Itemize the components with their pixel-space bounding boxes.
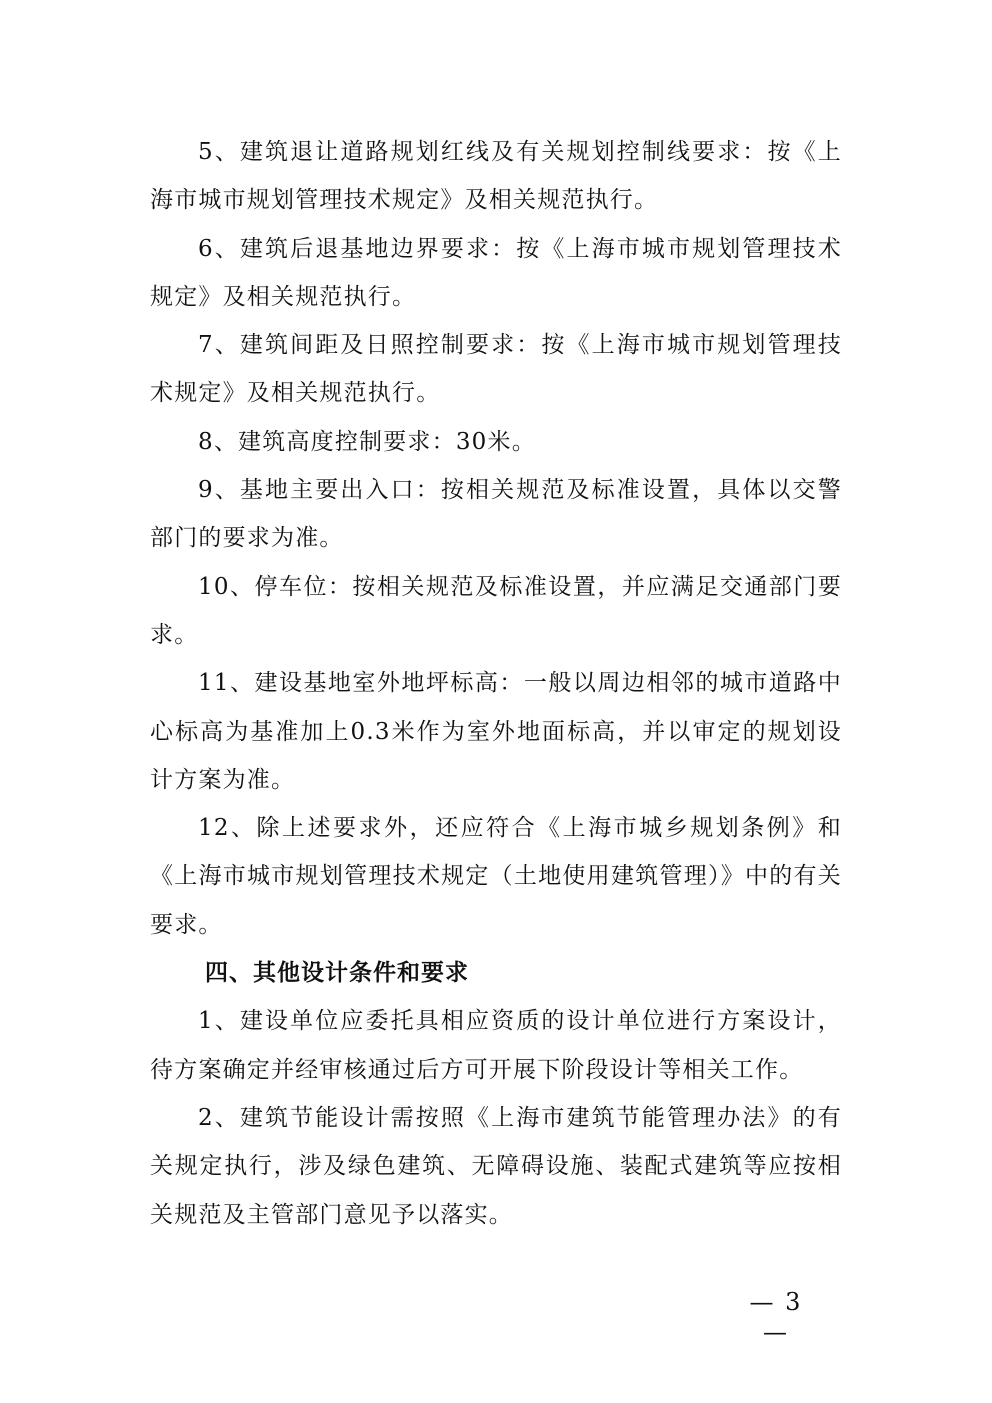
paragraph-item-8: 8、建筑高度控制要求：30米。 (150, 418, 842, 466)
page-number: — 3 — (737, 1287, 815, 1347)
paragraph-other-item-2: 2、建筑节能设计需按照《上海市建筑节能管理办法》的有关规定执行，涉及绿色建筑、无… (150, 1094, 842, 1239)
paragraph-item-5: 5、建筑退让道路规划红线及有关规划控制线要求：按《上海市城市规划管理技术规定》及… (150, 128, 842, 225)
paragraph-item-7: 7、建筑间距及日照控制要求：按《上海市城市规划管理技术规定》及相关规范执行。 (150, 321, 842, 418)
paragraph-item-6: 6、建筑后退基地边界要求：按《上海市城市规划管理技术规定》及相关规范执行。 (150, 225, 842, 322)
document-page: 5、建筑退让道路规划红线及有关规划控制线要求：按《上海市城市规划管理技术规定》及… (0, 0, 992, 1403)
paragraph-other-item-1: 1、建设单位应委托具相应资质的设计单位进行方案设计，待方案确定并经审核通过后方可… (150, 997, 842, 1094)
paragraph-item-11: 11、建设基地室外地坪标高：一般以周边相邻的城市道路中心标高为基准加上0.3米作… (150, 659, 842, 804)
paragraph-item-12: 12、除上述要求外，还应符合《上海市城乡规划条例》和《上海市城市规划管理技术规定… (150, 804, 842, 949)
paragraph-item-10: 10、停车位：按相关规范及标准设置，并应满足交通部门要求。 (150, 563, 842, 660)
document-body: 5、建筑退让道路规划红线及有关规划控制线要求：按《上海市城市规划管理技术规定》及… (150, 128, 842, 1239)
section-heading-other-requirements: 四、其他设计条件和要求 (150, 949, 842, 997)
paragraph-item-9: 9、基地主要出入口：按相关规范及标准设置，具体以交警部门的要求为准。 (150, 466, 842, 563)
